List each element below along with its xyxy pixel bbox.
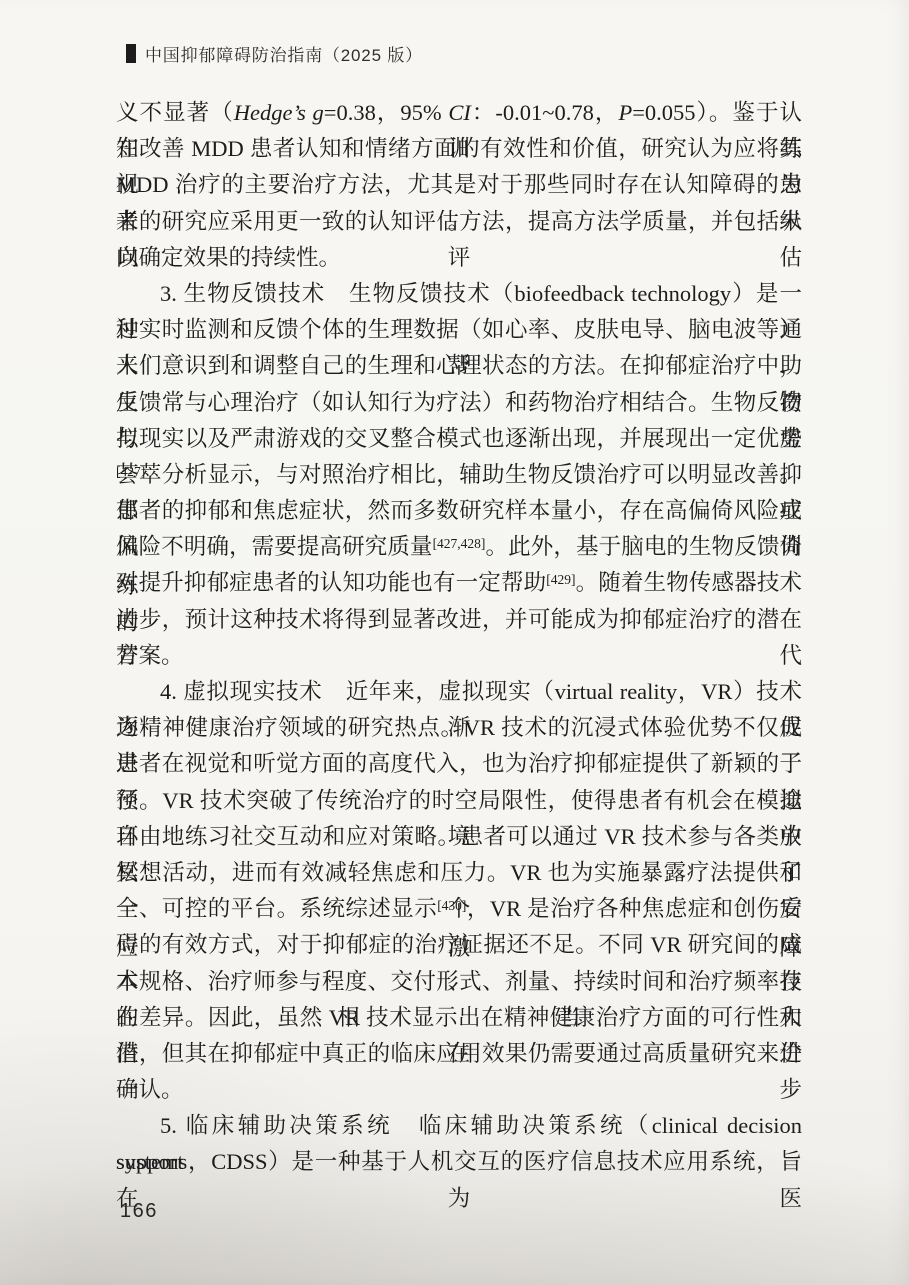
text-line: 进步，预计这种技术将得到显著改进，并可能成为抑郁症治疗的潜在替代 [116, 602, 802, 638]
text-segment: 风险不明确，需要提高研究质量 [116, 534, 433, 559]
text-line: 3. 生物反馈技术 生物反馈技术（biofeedback technology）… [116, 276, 802, 312]
text-segment: 义不显著（ [116, 100, 234, 125]
text-line: MDD 治疗的主要治疗方法，尤其是对于那些同时存在认知障碍的患者。未 [116, 167, 802, 203]
text-line: 来的研究应采用更一致的认知评估方法，提高方法学质量，并包括纵向评估 [116, 204, 802, 240]
text-segment: 拟现实以及严肃游戏的交叉整合模式也逐渐出现，并展现出一定优势 [116, 426, 802, 451]
text-line: 患者在视觉和听觉方面的高度代入，也为治疗抑郁症提供了新颖的干预途 [116, 746, 802, 782]
text-line: systems，CDSS）是一种基于人机交互的医疗信息技术应用系统，旨在为医 [116, 1144, 802, 1180]
text-line: 值，但其在抑郁症中真正的临床应用效果仍需要通过高质量研究来进一步 [116, 1036, 802, 1072]
text-line: 义不显著（Hedge’s g=0.38，95% CI：-0.01~0.78，P=… [116, 95, 802, 131]
text-segment: P [618, 100, 632, 125]
text-segment: 方案。 [116, 643, 184, 668]
reference-superscript: [427] [116, 464, 145, 479]
text-segment: systems，CDSS）是一种基于人机交互的医疗信息技术应用系统，旨在为医 [116, 1149, 802, 1210]
text-line: 全、可控的平台。系统综述显示[430]，VR 是治疗各种焦虑症和创伤后应激障 [116, 891, 802, 927]
reference-superscript: [430] [437, 898, 466, 913]
text-line: 术规格、治疗师参与程度、交付形式、剂量、持续时间和治疗频率存在相当大 [116, 964, 802, 1000]
page-number: 166 [120, 1200, 158, 1223]
page-header: 中国抑郁障碍防治指南（2025 版） [126, 41, 423, 66]
reference-superscript: [429] [546, 572, 575, 587]
text-line: 为精神健康治疗领域的研究热点。VR 技术的沉浸式体验优势不仅促进了 [116, 710, 802, 746]
document-page: 中国抑郁障碍防治指南（2025 版） 义不显著（Hedge’s g=0.38，9… [0, 0, 909, 1285]
text-line: 反馈常与心理治疗（如认知行为疗法）和药物治疗相结合。生物反馈与虚 [116, 385, 802, 421]
text-segment: 全、可控的平台。系统综述显示 [116, 896, 437, 921]
text-line: 过实时监测和反馈个体的生理数据（如心率、皮肤电导、脑电波等）来帮助 [116, 312, 802, 348]
text-segment: 进步，预计这种技术将得到显著改进，并可能成为抑郁症治疗的潜在替代 [116, 607, 802, 668]
text-line: 径。VR 技术突破了传统治疗的时空局限性，使得患者有机会在模拟环境中 [116, 783, 802, 819]
text-line: 4. 虚拟现实技术 近年来，虚拟现实（virtual reality，VR）技术… [116, 674, 802, 710]
text-segment: ：-0.01~0.78， [471, 100, 619, 125]
text-line: 碍的有效方式，对于抑郁症的治疗证据还不足。不同 VR 研究间的成本、技 [116, 927, 802, 963]
text-line: 冥想活动，进而有效减轻焦虑和压力。VR 也为实施暴露疗法提供了一个安 [116, 855, 802, 891]
header-title: 中国抑郁障碍防治指南（2025 版） [145, 41, 423, 66]
text-line: 在改善 MDD 患者认知和情绪方面的有效性和价值，研究认为应将其视为 [116, 131, 802, 167]
text-segment: 以确定效果的持续性。 [116, 245, 341, 270]
text-line: 人们意识到和调整自己的生理和心理状态的方法。在抑郁症治疗中，生物 [116, 348, 802, 384]
body-text: 义不显著（Hedge’s g=0.38，95% CI：-0.01~0.78，P=… [116, 95, 802, 1181]
text-line: 5. 临床辅助决策系统 临床辅助决策系统（clinical decision s… [116, 1108, 802, 1144]
text-line: 荟萃分析显示，与对照治疗相比，辅助生物反馈治疗可以明显改善抑郁症 [116, 457, 802, 493]
text-line: 拟现实以及严肃游戏的交叉整合模式也逐渐出现，并展现出一定优势[427]。 [116, 421, 802, 457]
text-segment: 值，但其在抑郁症中真正的临床应用效果仍需要通过高质量研究来进一步 [116, 1041, 802, 1102]
text-line: 的差异。因此，虽然 VR 技术显示出在精神健康治疗方面的可行性和潜在价 [116, 1000, 802, 1036]
text-line: 患者的抑郁和焦虑症状，然而多数研究样本量小，存在高偏倚风险或偏倚 [116, 493, 802, 529]
text-segment: 确认。 [116, 1077, 184, 1102]
text-line: 风险不明确，需要提高研究质量[427,428]。此外，基于脑电的生物反馈训练 [116, 529, 802, 565]
text-segment: CI [448, 100, 471, 125]
reference-superscript: [427,428] [433, 536, 486, 551]
text-segment: 对提升抑郁症患者的认知功能也有一定帮助 [116, 570, 546, 595]
text-line: 自由地练习社交互动和应对策略。患者可以通过 VR 技术参与各类放松和 [116, 819, 802, 855]
text-segment: =0.38，95% [324, 100, 449, 125]
text-line: 对提升抑郁症患者的认知功能也有一定帮助[429]。随着生物传感器技术的 [116, 565, 802, 601]
header-bar-icon [126, 44, 136, 63]
text-segment: Hedge’s g [234, 100, 324, 125]
